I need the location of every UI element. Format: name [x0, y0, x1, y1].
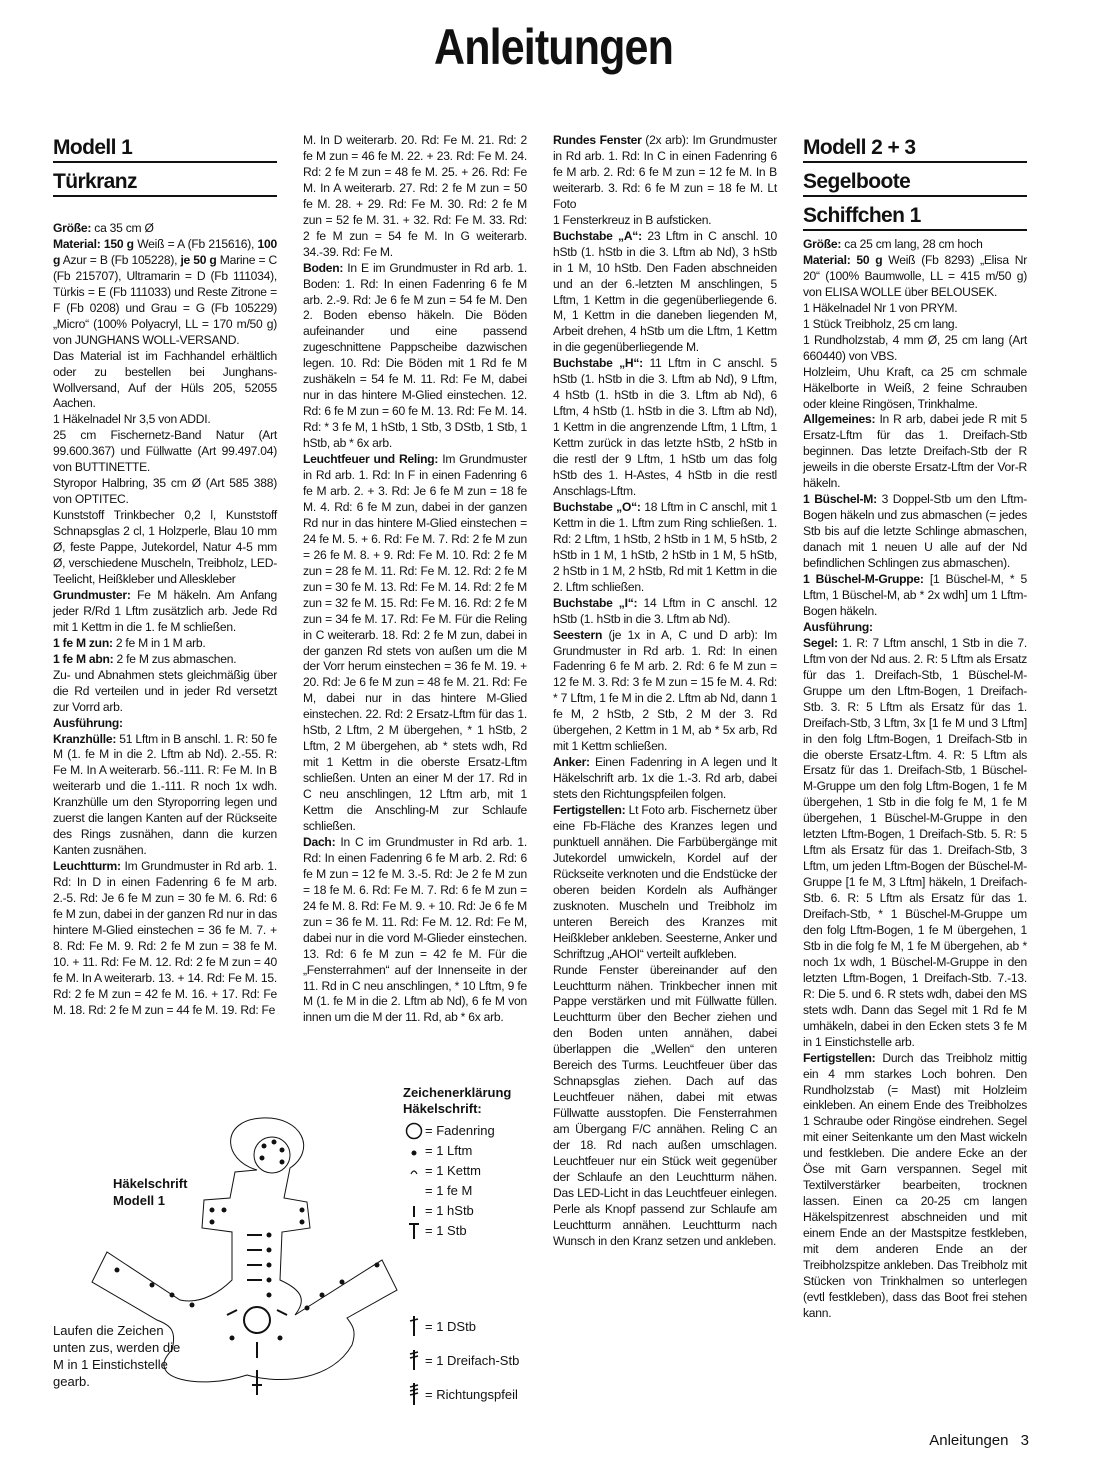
- material-paragraph: Material: 50 g Weiß (Fb 8293) „Elisa Nr …: [803, 253, 1027, 301]
- legend-item-fadenring: = Fadenring: [403, 1121, 553, 1141]
- nadel-line: 1 Häkelnadel Nr 3,5 von ADDI.: [53, 412, 277, 428]
- kunststoff-paragraph: Kunststoff Trinkbecher 0,2 l, Kunststoff…: [53, 508, 277, 588]
- fensterkreuz-line: 1 Fensterkreuz in B aufsticken.: [553, 213, 777, 229]
- modell-1-heading: Modell 1: [53, 133, 277, 163]
- legend-item-lftm: = 1 Lftm: [403, 1141, 553, 1161]
- zunahme-line: 1 fe M zun: 2 fe M in 1 M arb.: [53, 636, 277, 652]
- fertigstellen-paragraph: Fertigstellen: Durch das Treibholz mitti…: [803, 1051, 1027, 1322]
- symbol-legend-lower: = 1 DStb = 1 Dreifach-Stb = Richtungspfe…: [403, 1309, 519, 1411]
- dach-paragraph: Dach: In C im Grundmuster in Rd arb. 1. …: [303, 835, 527, 1026]
- runde-fenster-paragraph: Runde Fenster übereinander auf den Leuch…: [553, 963, 777, 1250]
- holzleim-paragraph: Holzleim, Uhu Kraft, ca 25 cm schmale Hä…: [803, 365, 1027, 413]
- circle-icon: [403, 1122, 425, 1140]
- legend-title: Zeichenerklärung Häkelschrift:: [403, 1085, 553, 1117]
- seestern-paragraph: Seestern (je 1x in A, C und D arb): Im G…: [553, 628, 777, 756]
- leuchtturm-paragraph: Leuchtturm: Im Grundmuster in Rd arb. 1.…: [53, 859, 277, 1019]
- abnahme-line: 1 fe M abn: 2 fe M zus abmaschen.: [53, 652, 277, 668]
- legend-item-dstb: = 1 DStb: [403, 1309, 519, 1343]
- arrow-icon: [403, 1381, 425, 1407]
- column-2: M. In D weiterarb. 20. Rd: Fe M. 21. Rd:…: [303, 133, 527, 1026]
- bar-icon: [403, 1203, 425, 1219]
- footer-section: Anleitungen: [929, 1432, 1008, 1449]
- leuchtturm-continued: M. In D weiterarb. 20. Rd: Fe M. 21. Rd:…: [303, 133, 527, 261]
- arc-icon: [403, 1166, 425, 1176]
- treibholz-line: 1 Stück Treibholz, 25 cm lang.: [803, 317, 1027, 333]
- diagram-label: Häkelschrift Modell 1: [113, 1175, 187, 1209]
- fischernetz-paragraph: 25 cm Fischernetz-Band Natur (Art 99.600…: [53, 428, 277, 476]
- grundmuster-paragraph: Grundmuster: Fe M häkeln. Am Anfang jede…: [53, 588, 277, 636]
- ausfuehrung-label: Ausführung:: [53, 716, 277, 732]
- allgemeines-paragraph: Allgemeines: In R arb, dabei jede R mit …: [803, 412, 1027, 492]
- styropor-paragraph: Styropor Halbring, 35 cm Ø (Art 585 388)…: [53, 476, 277, 508]
- groesse-line: Größe: ca 35 cm Ø: [53, 221, 277, 237]
- buchstabe-o-paragraph: Buchstabe „O“: 18 Lftm in C anschl, mit …: [553, 500, 777, 596]
- anker-paragraph: Anker: Einen Fadenring in A legen und lt…: [553, 755, 777, 803]
- diagram-note: Laufen die Zeichen unten zus, werden die…: [53, 1322, 193, 1390]
- dot-icon: [403, 1146, 425, 1156]
- legend-item-stb: = 1 Stb: [403, 1221, 553, 1241]
- rundes-fenster-paragraph: Rundes Fenster (2x arb): Im Grundmuster …: [553, 133, 777, 213]
- bueschel-m-gruppe-paragraph: 1 Büschel-M-Gruppe: [1 Büschel-M, * 5 Lf…: [803, 572, 1027, 620]
- t-icon: [403, 1222, 425, 1240]
- tuerkranz-heading: Türkranz: [53, 167, 277, 197]
- legend-item-dreifach-stb: = 1 Dreifach-Stb: [403, 1343, 519, 1377]
- nadel-line: 1 Häkelnadel Nr 1 von PRYM.: [803, 301, 1027, 317]
- zuab-paragraph: Zu- und Abnahmen stets gleichmäßig über …: [53, 668, 277, 716]
- leuchtfeuer-paragraph: Leuchtfeuer und Reling: Im Grundmuster i…: [303, 452, 527, 835]
- buchstabe-h-paragraph: Buchstabe „H“: 11 Lftm in C anschl. 5 hS…: [553, 356, 777, 500]
- fachhandel-paragraph: Das Material ist im Fachhandel erhältlic…: [53, 349, 277, 413]
- boden-paragraph: Boden: In E im Grundmuster in Rd arb. 1.…: [303, 261, 527, 452]
- schiffchen-1-heading: Schiffchen 1: [803, 201, 1027, 231]
- page-number: 3: [1021, 1432, 1029, 1449]
- page-title: Anleitungen: [77, 18, 1029, 76]
- column-3: Rundes Fenster (2x arb): Im Grundmuster …: [553, 133, 777, 1250]
- buchstabe-a-paragraph: Buchstabe „A“: 23 Lftm in C anschl. 10 h…: [553, 229, 777, 357]
- column-modell-2-3: Modell 2 + 3 Segelboote Schiffchen 1 Grö…: [803, 133, 1027, 1322]
- symbol-legend: Zeichenerklärung Häkelschrift: = Fadenri…: [403, 1085, 553, 1241]
- modell-2-3-heading: Modell 2 + 3: [803, 133, 1027, 163]
- kranzhuelle-paragraph: Kranzhülle: 51 Lftm in B anschl. 1. R: 5…: [53, 732, 277, 860]
- material-paragraph: Material: 150 g Weiß = A (Fb 215616), 10…: [53, 237, 277, 349]
- segel-paragraph: Segel: 1. R: 7 Lftm anschl, 1 Stb in die…: [803, 636, 1027, 1051]
- column-modell-1: Modell 1 Türkranz Größe: ca 35 cm Ø Mate…: [53, 133, 277, 1019]
- rundholz-line: 1 Rundholzstab, 4 mm Ø, 25 cm lang (Art …: [803, 333, 1027, 365]
- dreifach-stb-icon: [403, 1348, 425, 1372]
- legend-item-hstb: = 1 hStb: [403, 1201, 553, 1221]
- groesse-line: Größe: ca 25 cm lang, 28 cm hoch: [803, 237, 1027, 253]
- buchstabe-i-paragraph: Buchstabe „I“: 14 Lftm in C anschl. 12 h…: [553, 596, 777, 628]
- legend-item-fe-m: = 1 fe M: [403, 1181, 553, 1201]
- legend-item-kettm: = 1 Kettm: [403, 1161, 553, 1181]
- dstb-icon: [403, 1314, 425, 1338]
- bueschel-m-paragraph: 1 Büschel-M: 3 Doppel-Stb um den Lftm-Bo…: [803, 492, 1027, 572]
- legend-item-richtungspfeil: = Richtungspfeil: [403, 1377, 519, 1411]
- fertigstellen-paragraph: Fertigstellen: Lt Foto arb. Fischernetz …: [553, 803, 777, 963]
- segelboote-heading: Segelboote: [803, 167, 1027, 197]
- ausfuehrung-label: Ausführung:: [803, 620, 1027, 636]
- page-footer: Anleitungen 3: [921, 1432, 1029, 1449]
